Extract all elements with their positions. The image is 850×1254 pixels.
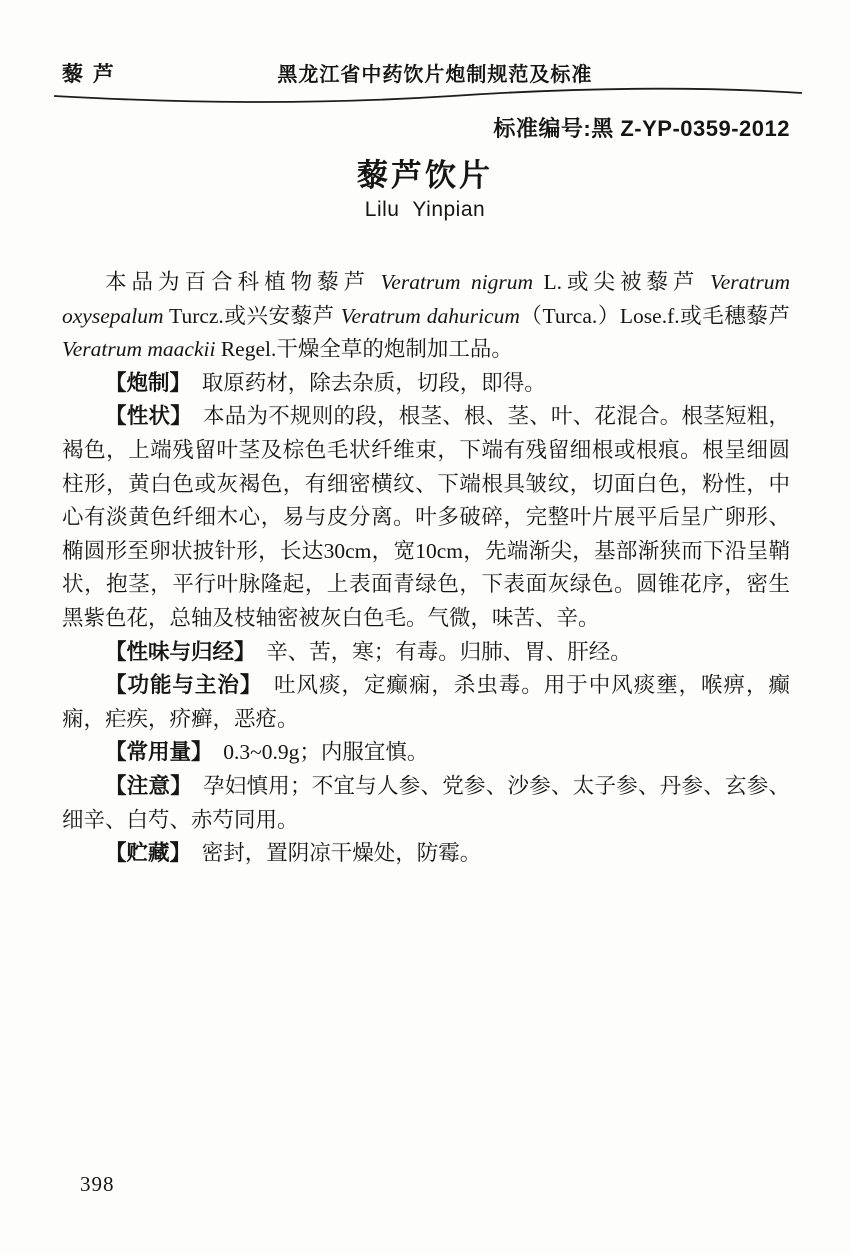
section-label: 【炮制】: [105, 371, 180, 395]
text-run: 0.3~0.9g；内服宜慎。: [202, 740, 429, 764]
section-label: 【常用量】: [105, 740, 202, 764]
latin-binomial: Veratrum maackii: [62, 337, 215, 361]
paragraph-changyongliang: 【常用量】 0.3~0.9g；内服宜慎。: [62, 736, 790, 770]
section-label: 【性状】: [105, 404, 181, 428]
text-run: 本品为不规则的段，根茎、根、茎、叶、花混合。根茎短粗，褐色，上端残留叶茎及棕色毛…: [62, 404, 790, 630]
text-run: 取原药材，除去杂质，切段，即得。: [180, 371, 546, 395]
text-run: L.或尖被藜芦: [533, 270, 710, 294]
standard-number: 标准编号:黑 Z-YP-0359-2012: [493, 112, 790, 143]
text-run: Regel.干燥全草的炮制加工品。: [215, 337, 512, 361]
section-label: 【性味与归经】: [105, 640, 245, 664]
latin-binomial: Veratrum dahuricum: [341, 304, 520, 328]
text-run: 辛、苦，寒；有毒。归肺、胃、肝经。: [245, 640, 632, 664]
latin-binomial: Veratrum nigrum: [381, 270, 534, 294]
header-book-title: 黑龙江省中药饮片炮制规范及标准: [98, 58, 772, 87]
document-page: 藜 芦 黑龙江省中药饮片炮制规范及标准 标准编号:黑 Z-YP-0359-201…: [0, 0, 850, 1254]
header-rule: [52, 84, 804, 108]
paragraph-gongneng-zhuzhi: 【功能与主治】 吐风痰，定癫痫，杀虫毒。用于中风痰壅，喉痹，癫痫，疟疾，疥癣，恶…: [62, 669, 790, 736]
page-title: 藜芦饮片: [0, 150, 850, 195]
paragraph-source: 本品为百合科植物藜芦 Veratrum nigrum L.或尖被藜芦 Verat…: [62, 266, 790, 367]
paragraph-xingzhuang: 【性状】 本品为不规则的段，根茎、根、茎、叶、花混合。根茎短粗，褐色，上端残留叶…: [62, 400, 790, 635]
paragraph-zhucang: 【贮藏】 密封，置阴凉干燥处，防霉。: [62, 837, 790, 871]
text-run: 本品为百合科植物藜芦: [105, 270, 381, 294]
section-label: 【贮藏】: [105, 841, 180, 865]
paragraph-xingwei-guijing: 【性味与归经】 辛、苦，寒；有毒。归肺、胃、肝经。: [62, 636, 790, 670]
page-subtitle-pinyin: Lilu Yinpian: [0, 198, 850, 222]
page-number: 398: [80, 1172, 115, 1197]
text-run: Turcz.或兴安藜芦: [164, 304, 341, 328]
paragraph-paozhi: 【炮制】 取原药材，除去杂质，切段，即得。: [62, 367, 790, 401]
section-label: 【注意】: [105, 774, 181, 798]
section-label: 【功能与主治】: [105, 673, 252, 697]
text-run: 密封，置阴凉干燥处，防霉。: [180, 841, 481, 865]
text-run: （Turca.）Lose.f.或毛穗藜芦: [520, 304, 790, 328]
body-text: 本品为百合科植物藜芦 Veratrum nigrum L.或尖被藜芦 Verat…: [62, 258, 790, 871]
paragraph-zhuyi: 【注意】 孕妇慎用；不宜与人参、党参、沙参、太子参、丹参、玄参、细辛、白芍、赤芍…: [62, 770, 790, 837]
